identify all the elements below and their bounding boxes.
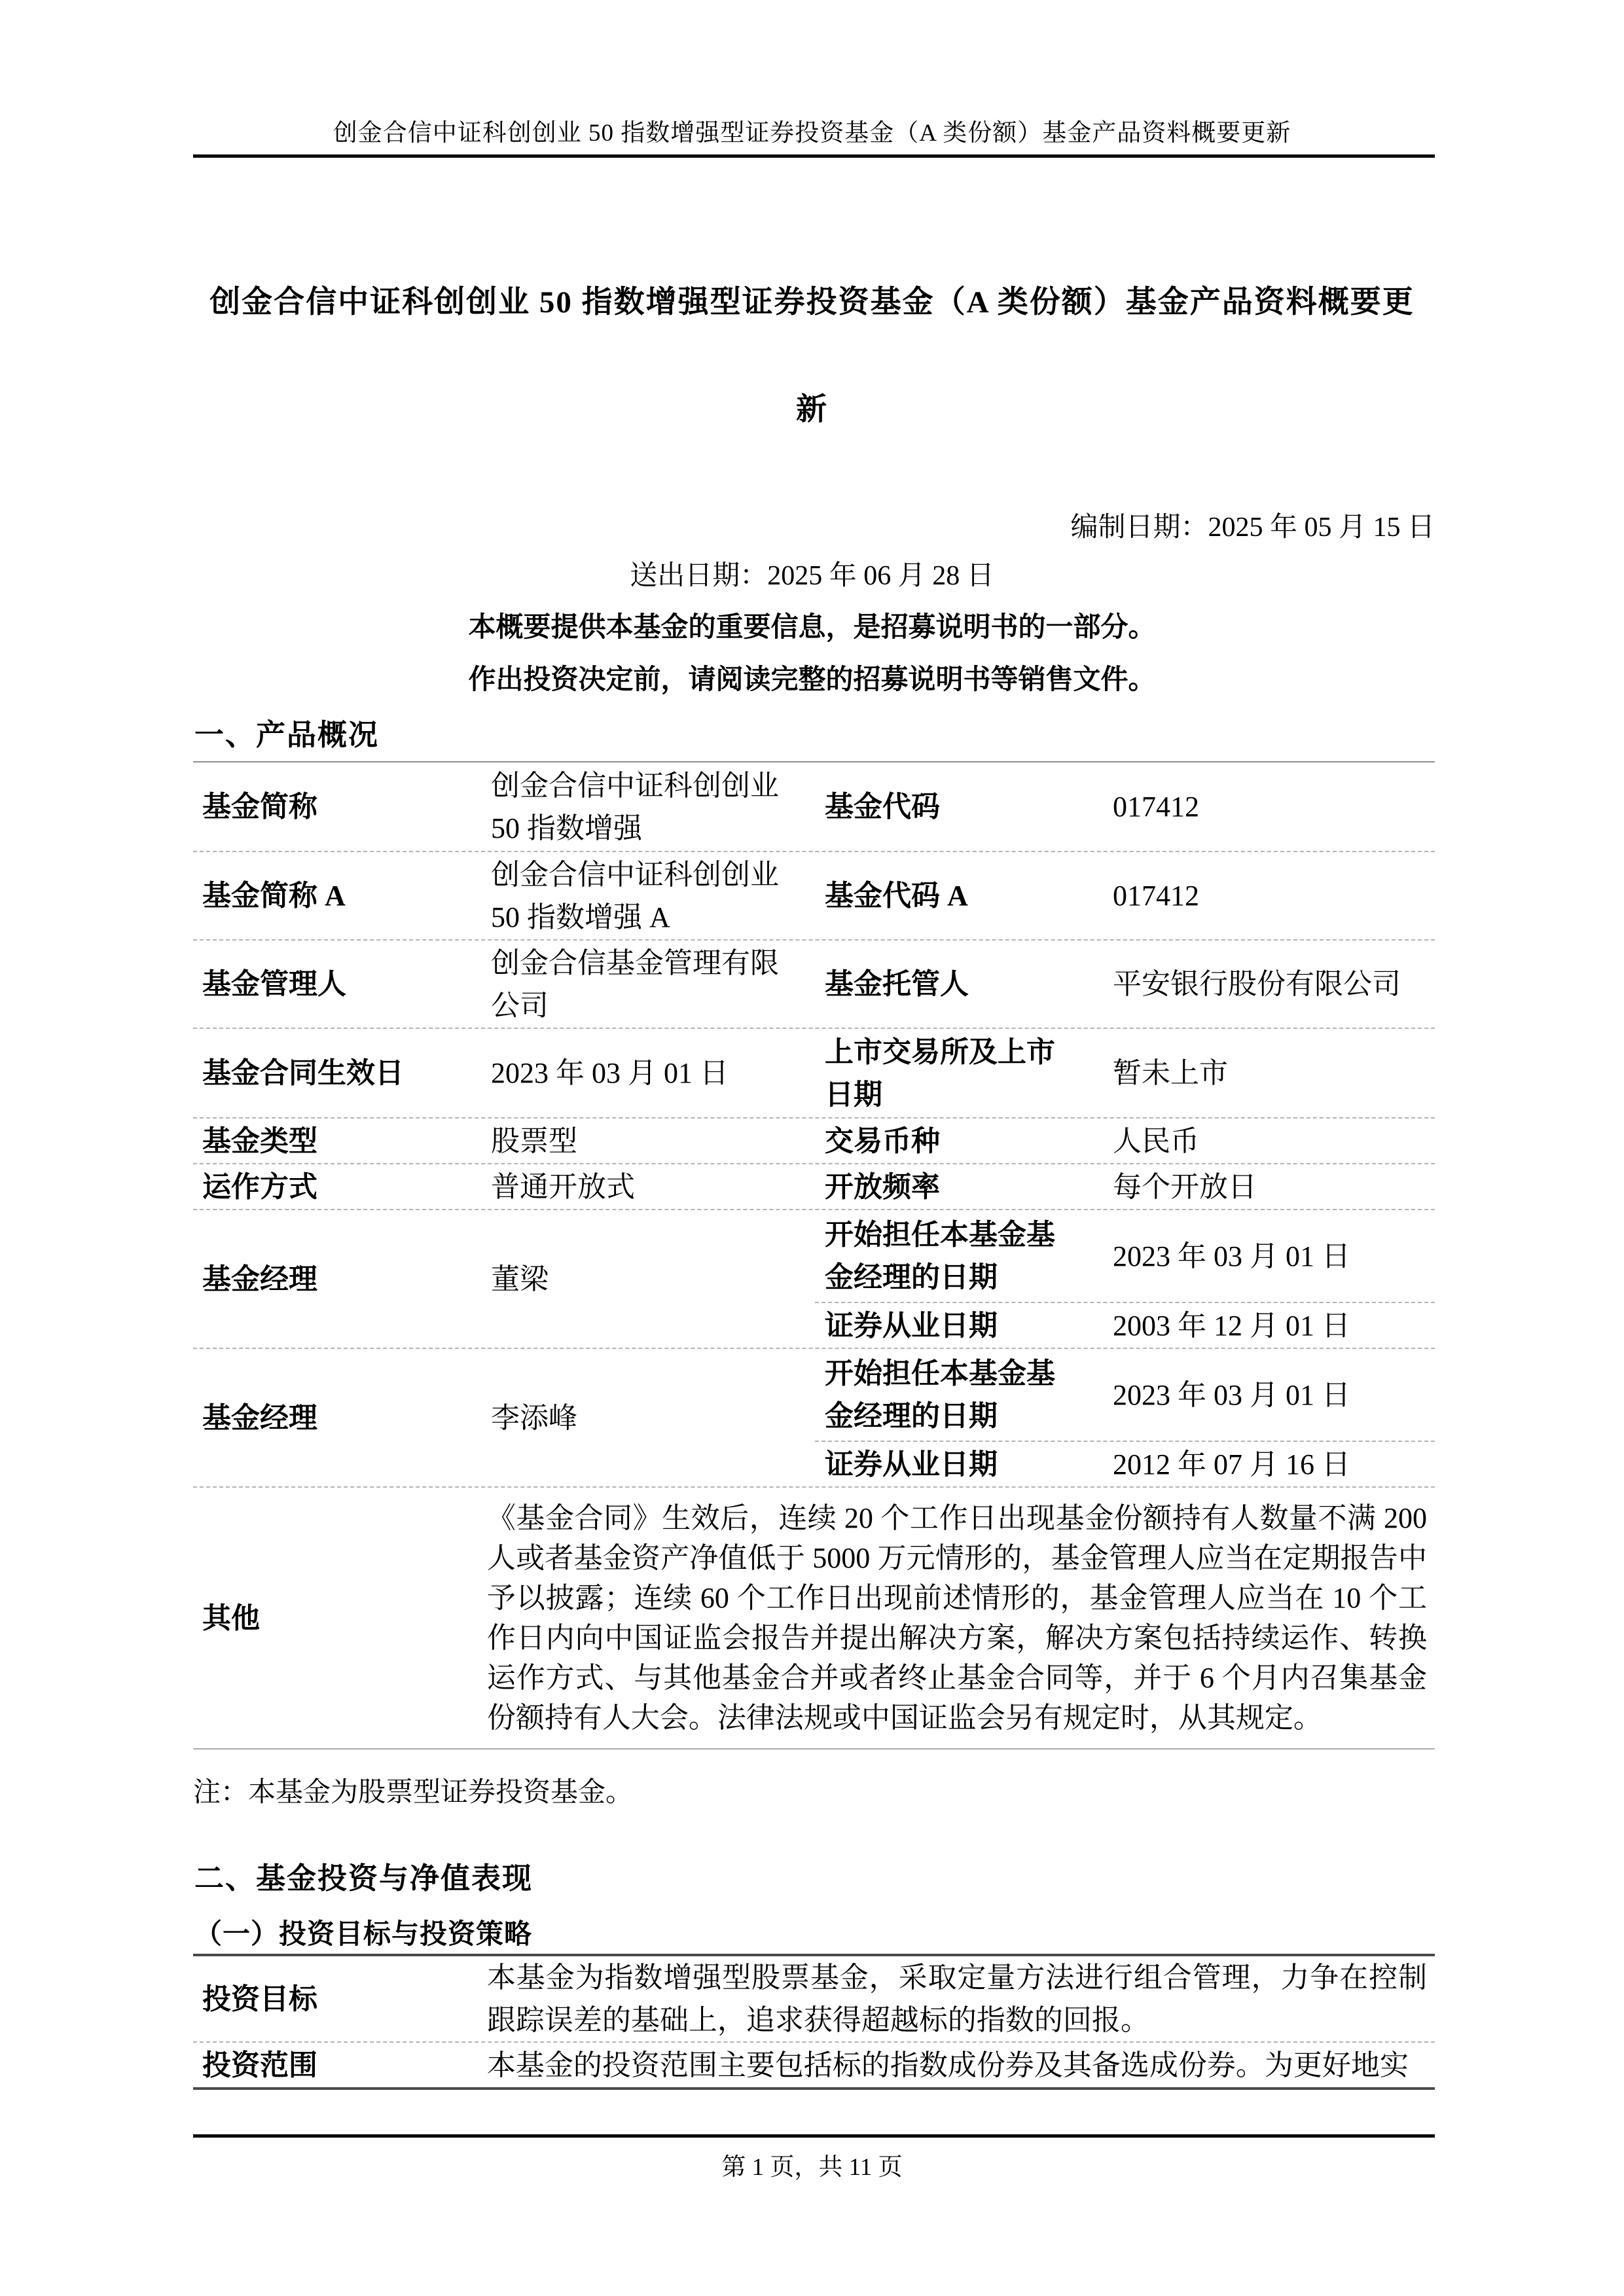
cell-value: 每个开放日 xyxy=(1103,1164,1435,1209)
cell-label: 其他 xyxy=(193,1488,477,1748)
cell-label: 基金合同生效日 xyxy=(193,1029,481,1117)
cell-value: 平安银行股份有限公司 xyxy=(1103,941,1435,1028)
table-row: 基金简称 A 创金合信中证科创创业 50 指数增强 A 基金代码 A 01741… xyxy=(193,851,1435,939)
cell-label: 基金经理 xyxy=(193,1349,481,1486)
table-note: 注：本基金为股票型证券投资基金。 xyxy=(193,1770,633,1810)
cell-value: 创金合信中证科创创业 50 指数增强 A xyxy=(481,852,815,939)
cell-label: 投资范围 xyxy=(193,2043,477,2087)
document-title-line-2: 新 xyxy=(0,385,1624,429)
cell-label: 运作方式 xyxy=(193,1164,481,1209)
cell-value: 017412 xyxy=(1103,762,1435,851)
cell-value: 创金合信中证科创创业 50 指数增强 xyxy=(481,762,815,851)
table-row: 投资目标 本基金为指数增强型股票基金，采取定量方法进行组合管理，力争在控制跟踪误… xyxy=(193,1956,1435,2041)
cell-label: 开始担任本基金基金经理的日期 xyxy=(815,1210,1103,1302)
cell-value: 普通开放式 xyxy=(481,1164,815,1209)
cell-label: 基金托管人 xyxy=(815,941,1103,1028)
fund-manager-row: 基金经理 董梁 开始担任本基金基金经理的日期 2023 年 03 月 01 日 … xyxy=(193,1209,1435,1348)
cell-label: 基金代码 xyxy=(815,762,1103,851)
table-row: 基金管理人 创金合信基金管理有限公司 基金托管人 平安银行股份有限公司 xyxy=(193,939,1435,1028)
cell-label: 基金类型 xyxy=(193,1119,481,1163)
table-row: 基金简称 创金合信中证科创创业 50 指数增强 基金代码 017412 xyxy=(193,762,1435,851)
manager-detail-cell: 开始担任本基金基金经理的日期 2023 年 03 月 01 日 证券从业日期 2… xyxy=(815,1210,1435,1348)
table-row: 基金类型 股票型 交易币种 人民币 xyxy=(193,1117,1435,1163)
manager-career-subrow: 证券从业日期 2012 年 07 月 16 日 xyxy=(815,1441,1435,1486)
cell-label: 基金经理 xyxy=(193,1210,481,1348)
manager-detail-cell: 开始担任本基金基金经理的日期 2023 年 03 月 01 日 证券从业日期 2… xyxy=(815,1349,1435,1486)
other-row: 其他 《基金合同》生效后，连续 20 个工作日出现基金份额持有人数量不满 200… xyxy=(193,1486,1435,1748)
cell-label: 上市交易所及上市日期 xyxy=(815,1029,1103,1117)
other-text: 《基金合同》生效后，连续 20 个工作日出现基金份额持有人数量不满 200 人或… xyxy=(477,1488,1435,1748)
section-2-heading: 二、基金投资与净值表现 xyxy=(194,1854,533,1897)
table-row: 投资范围 本基金的投资范围主要包括标的指数成份券及其备选成份券。为更好地实 xyxy=(193,2041,1435,2087)
cell-value: 2023 年 03 月 01 日 xyxy=(481,1029,815,1117)
product-overview-table: 基金简称 创金合信中证科创创业 50 指数增强 基金代码 017412 基金简称… xyxy=(193,761,1435,1749)
header-rule xyxy=(193,154,1435,158)
manager-career-subrow: 证券从业日期 2003 年 12 月 01 日 xyxy=(815,1302,1435,1348)
cell-label: 证券从业日期 xyxy=(815,1303,1103,1348)
sent-date: 送出日期：2025 年 06 月 28 日 xyxy=(0,554,1624,593)
manager-name: 李添峰 xyxy=(481,1349,815,1486)
section-1-heading: 一、产品概况 xyxy=(194,711,379,753)
cell-label: 基金简称 xyxy=(193,762,481,851)
cell-label: 基金管理人 xyxy=(193,941,481,1028)
cell-label: 基金代码 A xyxy=(815,852,1103,939)
manager-start-subrow: 开始担任本基金基金经理的日期 2023 年 03 月 01 日 xyxy=(815,1349,1435,1441)
cell-value: 股票型 xyxy=(481,1119,815,1163)
cell-label: 证券从业日期 xyxy=(815,1442,1103,1486)
cell-value: 2012 年 07 月 16 日 xyxy=(1103,1442,1435,1486)
manager-name: 董梁 xyxy=(481,1210,815,1348)
notice-line-1: 本概要提供本基金的重要信息，是招募说明书的一部分。 xyxy=(0,605,1624,645)
table-row: 运作方式 普通开放式 开放频率 每个开放日 xyxy=(193,1163,1435,1209)
cell-label: 投资目标 xyxy=(193,1956,477,2041)
cell-label: 开始担任本基金基金经理的日期 xyxy=(815,1349,1103,1441)
cell-value: 2023 年 03 月 01 日 xyxy=(1103,1210,1435,1302)
cell-label: 交易币种 xyxy=(815,1119,1103,1163)
running-header: 创金合信中证科创创业 50 指数增强型证券投资基金（A 类份额）基金产品资料概要… xyxy=(0,113,1624,148)
prepared-date: 编制日期：2025 年 05 月 15 日 xyxy=(1070,505,1435,545)
cell-value: 人民币 xyxy=(1103,1119,1435,1163)
footer-rule xyxy=(193,2134,1435,2138)
cell-value: 本基金为指数增强型股票基金，采取定量方法进行组合管理，力争在控制跟踪误差的基础上… xyxy=(477,1956,1435,2041)
document-page: 创金合信中证科创创业 50 指数增强型证券投资基金（A 类份额）基金产品资料概要… xyxy=(0,0,1624,2296)
manager-start-subrow: 开始担任本基金基金经理的日期 2023 年 03 月 01 日 xyxy=(815,1210,1435,1302)
cell-value: 暂未上市 xyxy=(1103,1029,1435,1117)
table-row: 基金合同生效日 2023 年 03 月 01 日 上市交易所及上市日期 暂未上市 xyxy=(193,1028,1435,1117)
document-title-line-1: 创金合信中证科创创业 50 指数增强型证券投资基金（A 类份额）基金产品资料概要… xyxy=(0,278,1624,321)
cell-value: 017412 xyxy=(1103,852,1435,939)
cell-value: 2023 年 03 月 01 日 xyxy=(1103,1349,1435,1441)
cell-value: 2003 年 12 月 01 日 xyxy=(1103,1303,1435,1348)
page-number: 第 1 页，共 11 页 xyxy=(0,2147,1624,2182)
cell-label: 基金简称 A xyxy=(193,852,481,939)
cell-value: 本基金的投资范围主要包括标的指数成份券及其备选成份券。为更好地实 xyxy=(477,2043,1435,2087)
investment-table: 投资目标 本基金为指数增强型股票基金，采取定量方法进行组合管理，力争在控制跟踪误… xyxy=(193,1954,1435,2090)
notice-line-2: 作出投资决定前，请阅读完整的招募说明书等销售文件。 xyxy=(0,658,1624,697)
section-2-subheading: （一）投资目标与投资策略 xyxy=(194,1912,532,1952)
cell-label: 开放频率 xyxy=(815,1164,1103,1209)
fund-manager-row: 基金经理 李添峰 开始担任本基金基金经理的日期 2023 年 03 月 01 日… xyxy=(193,1348,1435,1486)
cell-value: 创金合信基金管理有限公司 xyxy=(481,941,815,1028)
